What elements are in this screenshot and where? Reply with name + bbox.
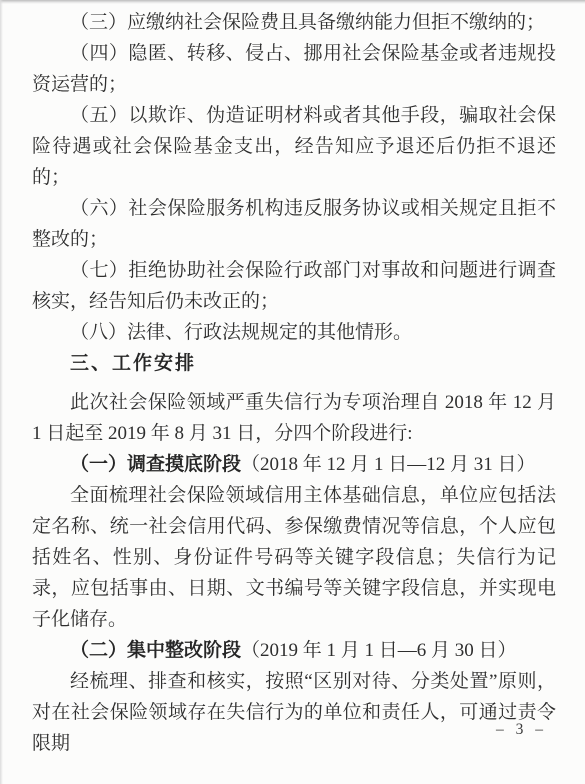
document-page: （三）应缴纳社会保险费且具备缴纳能力但拒不缴纳的； （四）隐匿、转移、侵占、挪用… bbox=[0, 0, 585, 784]
phase-2-heading: （二）集中整改阶段（2019 年 1 月 1 日—6 月 30 日） bbox=[32, 635, 556, 666]
intro-paragraph: 此次社会保险领域严重失信行为专项治理自 2018 年 12 月 1 日起至 20… bbox=[32, 387, 556, 449]
phase-2-date: （2019 年 1 月 1 日—6 月 30 日） bbox=[241, 640, 517, 661]
section-heading-work-plan: 三、工作安排 bbox=[32, 348, 556, 379]
clause-item-7: （七）拒绝协助社会保险行政部门对事故和问题进行调查核实，经告知后仍未改正的； bbox=[32, 255, 556, 317]
scan-artifact-left-edge bbox=[0, 0, 3, 784]
page-number: – 3 – bbox=[496, 721, 545, 739]
phase-2-label: （二）集中整改阶段 bbox=[70, 640, 241, 661]
phase-1-body: 全面梳理社会保险领域信用主体基础信息，单位应包括法定名称、统一社会信用代码、参保… bbox=[32, 480, 556, 635]
phase-2-body: 经梳理、排查和核实，按照“区别对待、分类处置”原则，对在社会保险领域存在失信行为… bbox=[32, 666, 556, 759]
clause-item-4: （四）隐匿、转移、侵占、挪用社会保险基金或者违规投资运营的； bbox=[32, 38, 556, 100]
clause-item-6: （六）社会保险服务机构违反服务协议或相关规定且拒不整改的； bbox=[32, 193, 556, 255]
scan-artifact-top-edge bbox=[0, 0, 585, 4]
phase-1-label: （一）调查摸底阶段 bbox=[70, 454, 241, 475]
clause-item-3: （三）应缴纳社会保险费且具备缴纳能力但拒不缴纳的； bbox=[32, 7, 556, 38]
document-body: （三）应缴纳社会保险费且具备缴纳能力但拒不缴纳的； （四）隐匿、转移、侵占、挪用… bbox=[32, 7, 556, 759]
clause-item-5: （五）以欺诈、伪造证明材料或者其他手段，骗取社会保险待遇或社会保险基金支出，经告… bbox=[32, 100, 556, 193]
clause-item-8: （八）法律、行政法规规定的其他情形。 bbox=[32, 317, 556, 348]
phase-1-heading: （一）调查摸底阶段（2018 年 12 月 1 日—12 月 31 日） bbox=[32, 449, 556, 480]
phase-1-date: （2018 年 12 月 1 日—12 月 31 日） bbox=[241, 454, 536, 475]
